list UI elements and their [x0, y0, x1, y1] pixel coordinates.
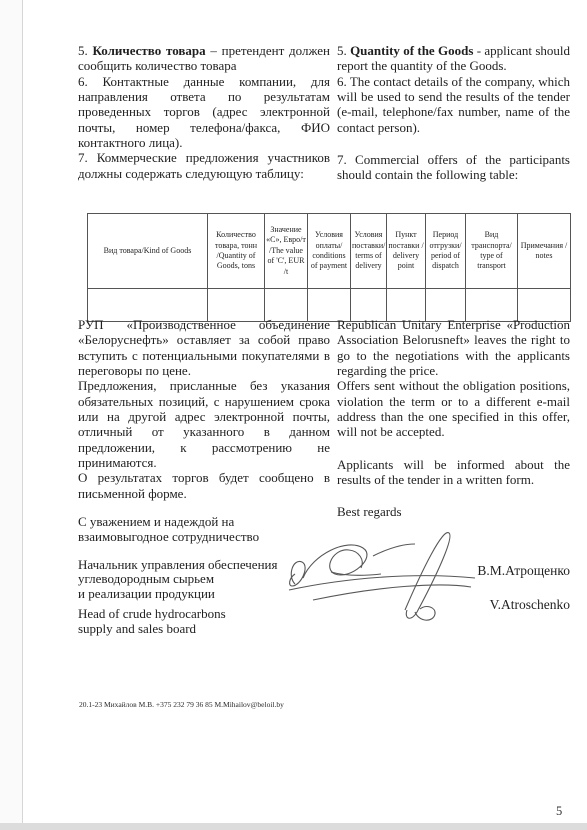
table-header-cell: Условия оплаты/ conditions of payment — [308, 214, 351, 289]
item-5-bold-en: Quantity of the Goods — [350, 43, 473, 58]
signatory-name-en: V.Atroschenko — [430, 597, 570, 613]
item-5-bold-ru: Количество товара — [93, 43, 206, 58]
table-header-cell: Количество товара, тонн /Quantity of Goo… — [208, 214, 265, 289]
english-column-top: 5. Quantity of the Goods - applicant sho… — [337, 43, 570, 183]
table-header-cell: Условия поставки/ terms of delivery — [351, 214, 387, 289]
signatory-name-ru: В.М.Атрощенко — [430, 563, 570, 579]
table-header-cell: Значение «С», Евро/т /The value of 'C', … — [265, 214, 308, 289]
footer-contact-line: 20.1-23 Михайлов М.В. +375 232 79 36 85 … — [79, 700, 284, 709]
paragraph-results-en: Applicants will be informed about the re… — [337, 457, 570, 488]
table-header-row: Вид товара/Kind of Goods Количество това… — [88, 214, 571, 289]
paragraph-rejection-ru: Предложения, присланные без указания обя… — [78, 378, 330, 470]
commercial-offer-table: Вид товара/Kind of Goods Количество това… — [87, 213, 571, 322]
table-header-cell: Примечания / notes — [518, 214, 571, 289]
paragraph-6-en: 6. The contact details of the company, w… — [337, 74, 570, 135]
top-two-column-section: 5. Количество товара – претендент должен… — [78, 43, 570, 183]
paragraph-results-ru: О результатах торгов будет сообщено в пи… — [78, 470, 330, 501]
paragraph-rights-en: Republican Unitary Enterprise «Productio… — [337, 317, 570, 378]
table-header-cell: Вид товара/Kind of Goods — [88, 214, 208, 289]
table-header-cell: Вид транспорта/ type of transport — [466, 214, 518, 289]
item-number: 5. — [78, 43, 93, 58]
table-header-cell: Пункт поставки / delivery point — [387, 214, 426, 289]
paragraph-5-ru: 5. Количество товара – претендент должен… — [78, 43, 330, 74]
paragraph-5-en: 5. Quantity of the Goods - applicant sho… — [337, 43, 570, 74]
paragraph-rejection-en: Offers sent without the obligation posit… — [337, 378, 570, 439]
closing-en: Best regards — [337, 504, 570, 519]
item-number: 5. — [337, 43, 350, 58]
scan-bottom-edge — [0, 823, 587, 830]
paragraph-7-en: 7. Commercial offers of the participants… — [337, 152, 570, 183]
table-header-cell: Период отгрузки/ period of dispatch — [426, 214, 466, 289]
paragraph-6-ru: 6. Контактные данные компании, для напра… — [78, 74, 330, 151]
scan-left-edge-line — [22, 0, 23, 824]
page-number: 5 — [556, 804, 562, 819]
document-page: 5. Количество товара – претендент должен… — [0, 0, 587, 830]
paragraph-7-ru: 7. Коммерческие предложения участников д… — [78, 150, 330, 181]
paragraph-rights-ru: РУП «Производственное объединение «Белор… — [78, 317, 330, 378]
russian-column-top: 5. Количество товара – претендент должен… — [78, 43, 330, 183]
scan-left-margin — [0, 0, 22, 830]
